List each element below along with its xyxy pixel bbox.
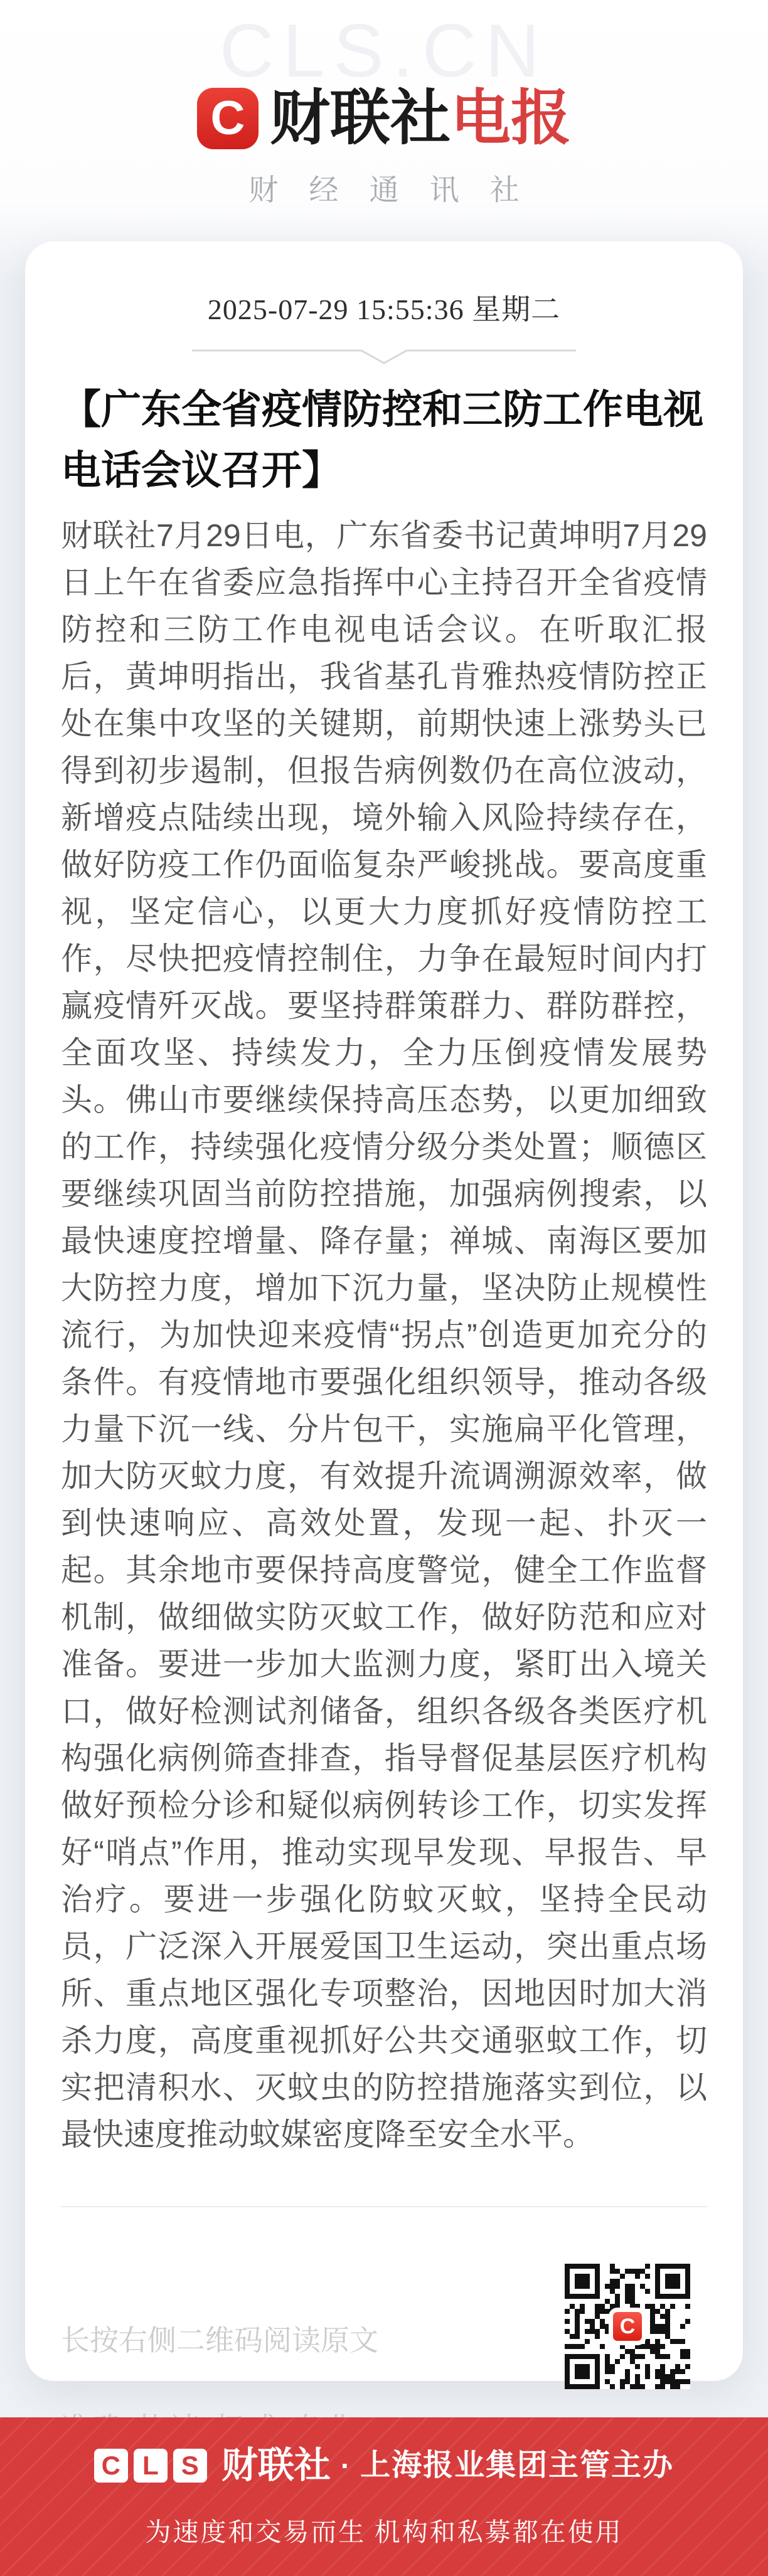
qr-code[interactable]: C: [565, 2264, 690, 2389]
cls-letter: S: [181, 2452, 199, 2479]
cls-logo-badge-icon: C: [197, 88, 259, 149]
logo-name-red: 电报: [451, 88, 571, 149]
qr-tip-text: 长按右侧二维码阅读原文: [61, 2318, 378, 2359]
brand-tagline: 财 经 通 讯 社: [0, 167, 768, 209]
dot-separator: ·: [341, 2451, 350, 2480]
bar-organizer: 上海报业集团主管主办: [360, 2451, 674, 2481]
bottom-brand-bar: C L S 财联社 · 上海报业集团主管主办 为速度和交易而生 机构和私募都在使…: [0, 2417, 768, 2576]
article-body: 财联社7月29日电，广东省委书记黄坤明7月29日上午在省委应急指挥中心主持召开全…: [61, 512, 707, 2158]
site-watermark: CLS.CN: [0, 8, 768, 94]
cls-letter-box: C: [94, 2449, 128, 2483]
telegraph-card: 2025-07-29 15:55:36 星期二 【广东全省疫情防控和三防工作电视…: [25, 241, 743, 2381]
logo-name-black: 财联社: [270, 88, 451, 149]
bar-brand-line: C L S 财联社 · 上海报业集团主管主办: [0, 2447, 768, 2484]
cls-letter-box: S: [173, 2449, 207, 2483]
bar-slogan: 为速度和交易而生 机构和私募都在使用: [0, 2511, 768, 2548]
app-logo: C 财联社 电报: [0, 88, 768, 149]
header: CLS.CN C 财联社 电报 财 经 通 讯 社: [0, 0, 768, 241]
cls-badge-letter: C: [211, 95, 245, 142]
cls-letter: L: [142, 2452, 159, 2479]
qr-logo-letter: C: [620, 2316, 636, 2337]
publish-datetime: 2025-07-29 15:55:36 星期二: [61, 287, 707, 328]
article-title: 【广东全省疫情防控和三防工作电视电话会议召开】: [61, 379, 707, 501]
date-divider-notch-icon: [192, 349, 576, 366]
cls-letter-box: L: [134, 2449, 168, 2483]
cls-letter: C: [102, 2452, 120, 2479]
bar-brand-name: 财联社: [221, 2447, 331, 2484]
qr-center-logo-icon: C: [609, 2308, 646, 2345]
